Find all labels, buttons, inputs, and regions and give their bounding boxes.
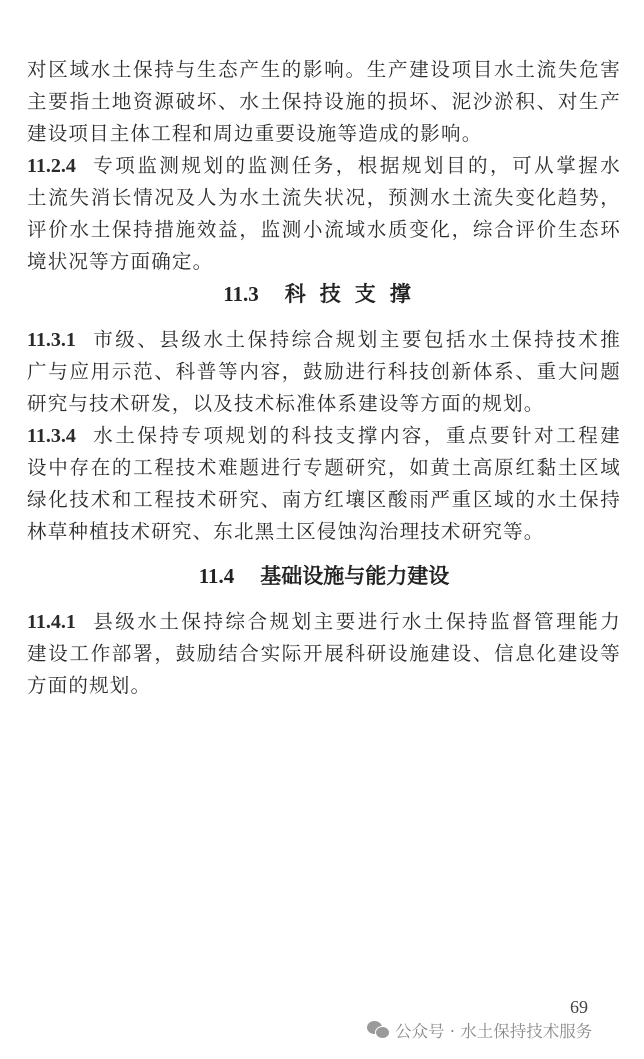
page-number: 69 (570, 997, 588, 1018)
clause-11-2-4-line-2: 土流失消长情况及人为水土流失状况，预测水土流失变化趋势， (27, 182, 621, 214)
clause-number: 11.2.4 (27, 155, 76, 177)
clause-number: 11.3.1 (27, 329, 76, 351)
clause-11-3-4-line-2: 设中存在的工程技术难题进行专题研究，如黄土高原红黏土区域 (27, 452, 621, 484)
clause-11-4-1-line-3: 方面的规划。 (27, 670, 621, 702)
clause-11-3-1-line-2: 广与应用示范、科普等内容，鼓励进行科技创新体系、重大问题 (27, 356, 621, 388)
intro-line-1: 对区域水土保持与生态产生的影响。生产建设项目水土流失危害 (27, 54, 621, 86)
clause-11-4-1-line-1: 11.4.1县级水土保持综合规划主要进行水土保持监督管理能力 (27, 606, 621, 638)
wechat-account-watermark: 公众号 · 水土保持技术服务 (367, 1018, 592, 1042)
clause-11-3-1-line-1: 11.3.1市级、县级水土保持综合规划主要包括水土保持技术推 (27, 324, 621, 356)
section-heading-11-3: 11.3科技支撑 (27, 278, 621, 310)
clause-11-4-1-line-2: 建设工作部署，鼓励结合实际开展科研设施建设、信息化建设等 (27, 638, 621, 670)
clause-number: 11.3.4 (27, 425, 76, 447)
clause-number: 11.4.1 (27, 611, 76, 633)
intro-line-2: 主要指土地资源破坏、水土保持设施的损坏、泥沙淤积、对生产 (27, 86, 621, 118)
intro-line-3: 建设项目主体工程和周边重要设施等造成的影响。 (27, 118, 621, 150)
clause-11-3-1-line-3: 研究与技术研发，以及技术标准体系建设等方面的规划。 (27, 388, 621, 420)
clause-11-2-4-line-3: 评价水土保持措施效益，监测小流域水质变化，综合评价生态环 (27, 214, 621, 246)
clause-11-2-4-line-4: 境状况等方面确定。 (27, 246, 621, 278)
wechat-icon (367, 1021, 389, 1039)
clause-11-3-4-line-3: 绿化技术和工程技术研究、南方红壤区酸雨严重区域的水土保持 (27, 484, 621, 516)
watermark-text: 公众号 · 水土保持技术服务 (395, 1018, 592, 1042)
section-heading-11-4: 11.4基础设施与能力建设 (27, 560, 621, 592)
clause-11-2-4-line-1: 11.2.4专项监测规划的监测任务，根据规划目的，可从掌握水 (27, 150, 621, 182)
clause-11-3-4-line-4: 林草种植技术研究、东北黑土区侵蚀沟治理技术研究等。 (27, 516, 621, 548)
clause-11-3-4-line-1: 11.3.4水土保持专项规划的科技支撑内容，重点要针对工程建 (27, 420, 621, 452)
